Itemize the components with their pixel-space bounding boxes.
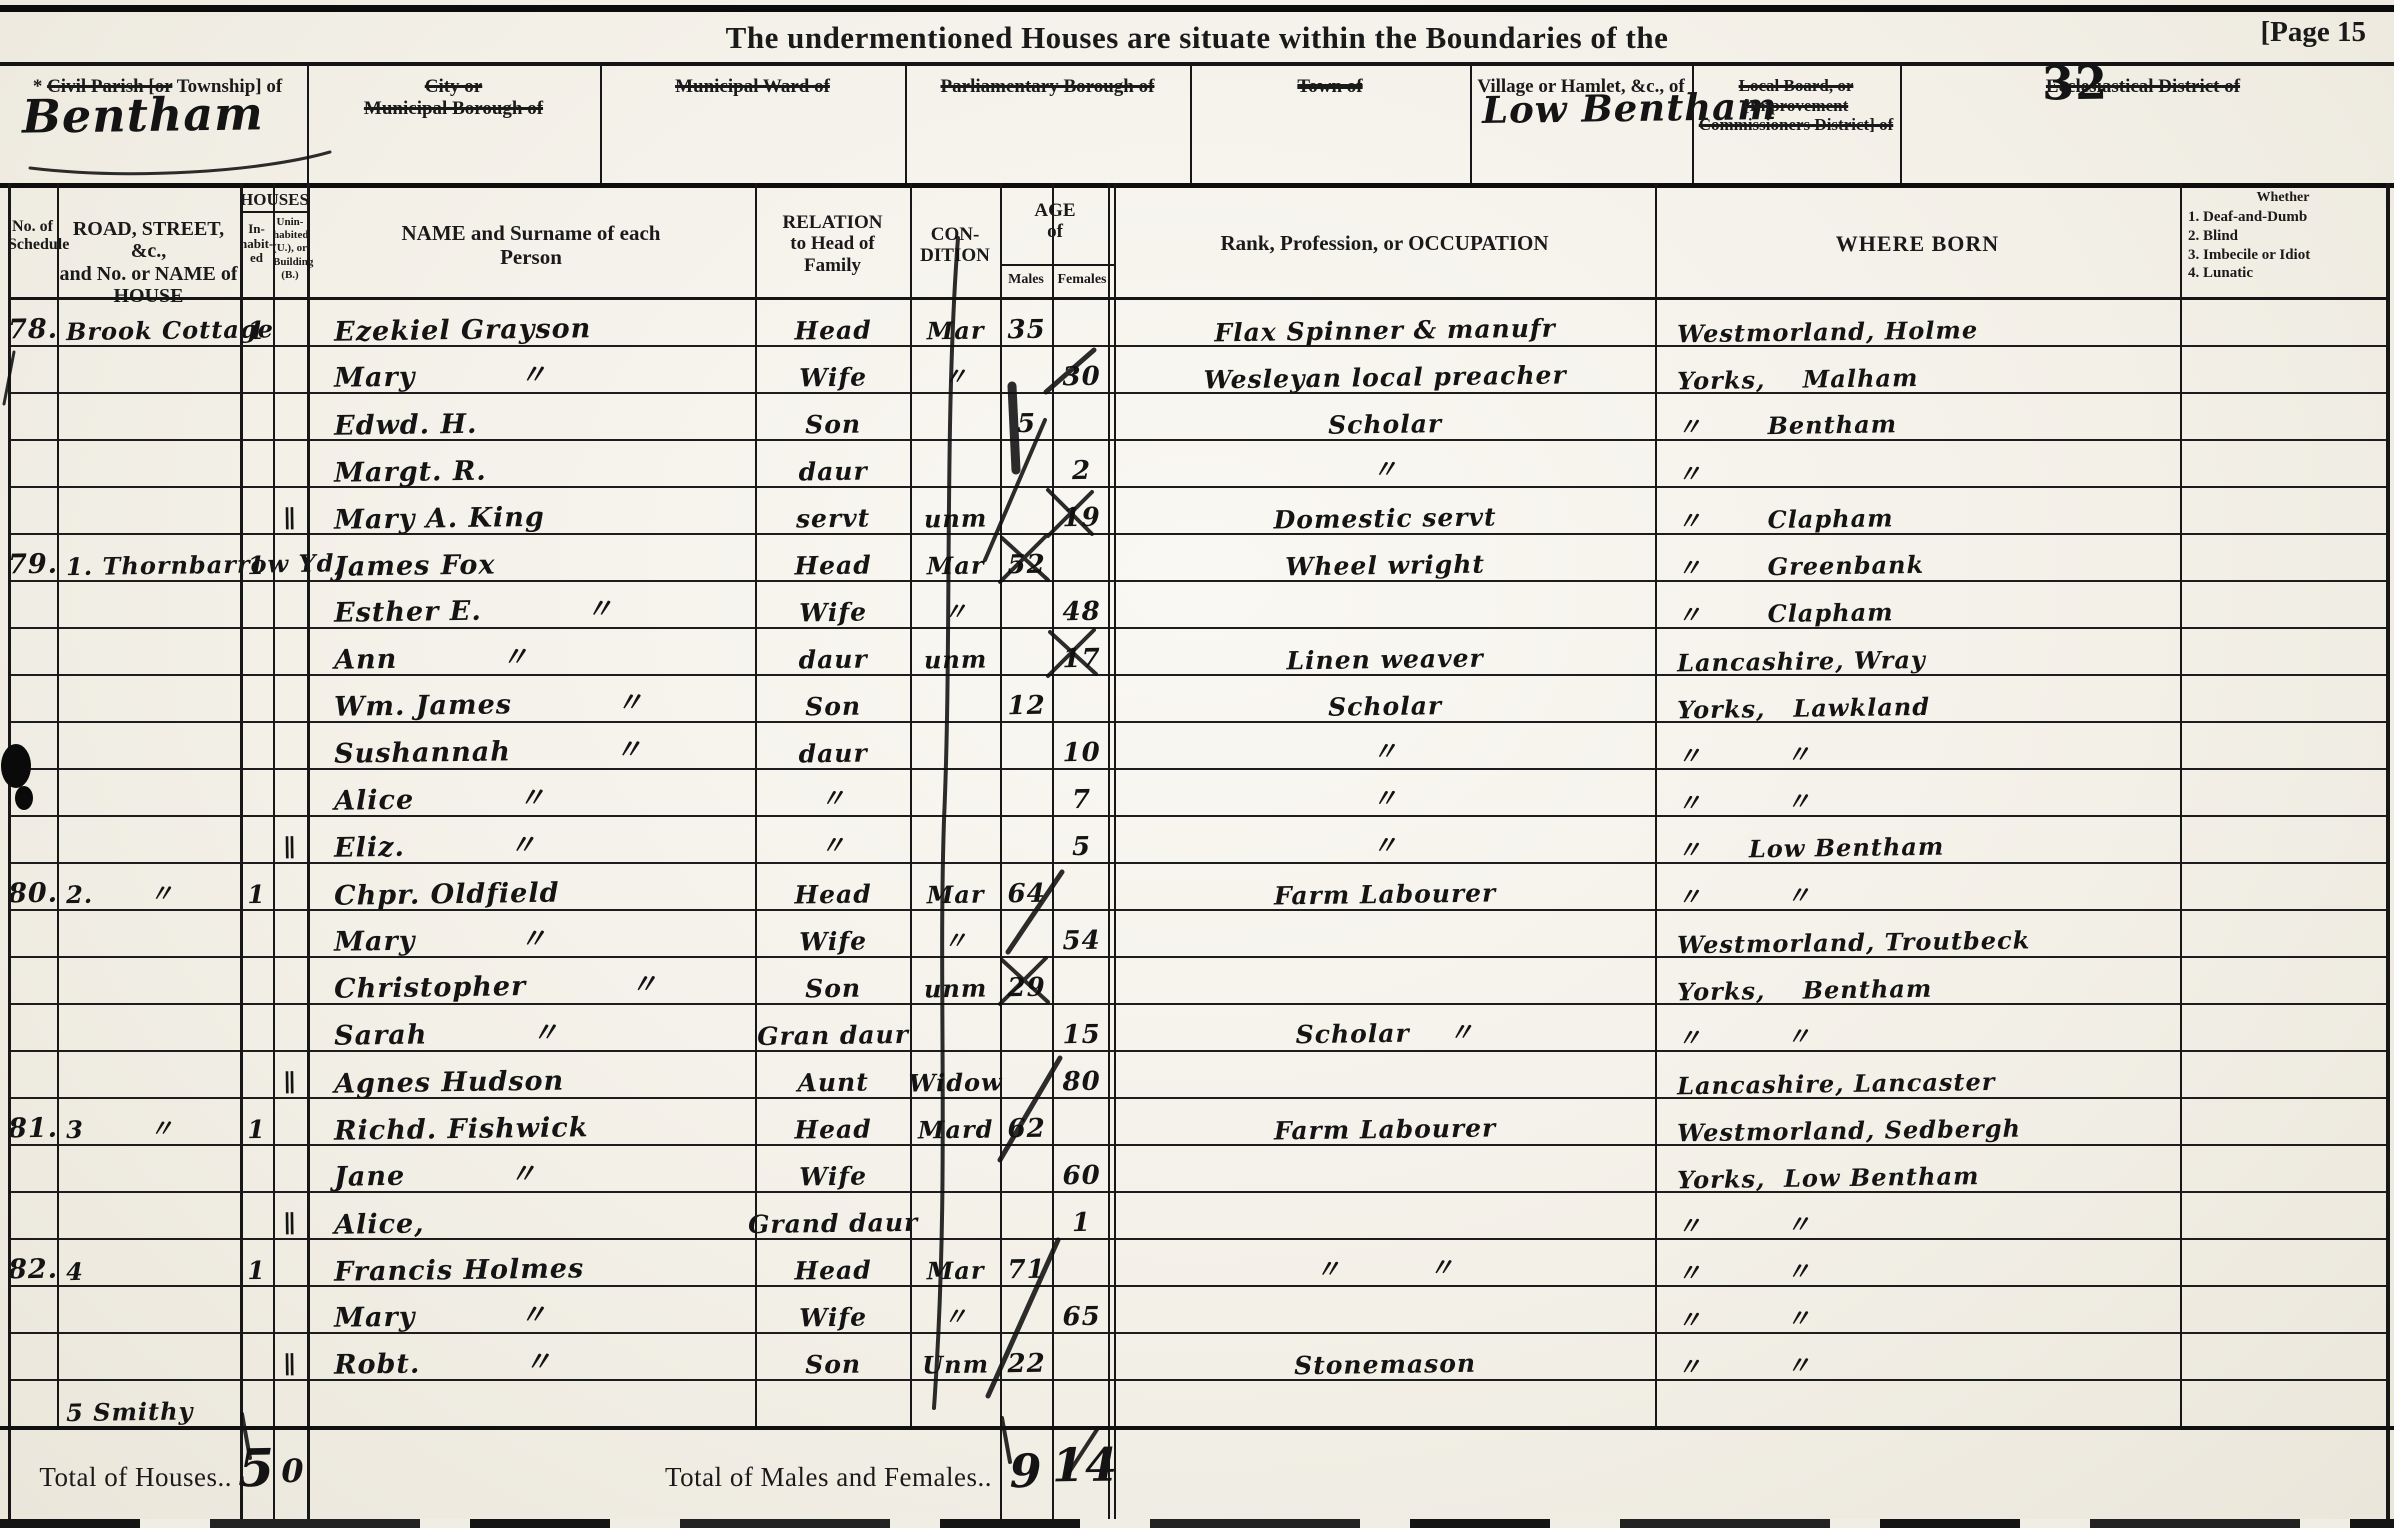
road-cell: 5 Smithy (58, 1380, 241, 1428)
uninhabited-cell (273, 723, 308, 768)
occupation-cell (1115, 1142, 1656, 1195)
col-inhab-l3: ed (250, 250, 263, 265)
where-born-cell: 〃 (1655, 437, 2181, 489)
condition-cell (911, 440, 1001, 486)
condition-cell (911, 1004, 1001, 1050)
occupation-cell: Scholar 〃 (1115, 1001, 1656, 1054)
age-female-cell: 48 (1053, 582, 1111, 628)
name-cell: Mary 〃 (308, 344, 756, 395)
age-female-cell (1053, 300, 1111, 346)
age-male-cell (1001, 1005, 1053, 1051)
where-born-cell (1655, 1377, 2181, 1429)
where-born-cell: 〃 〃 (1655, 1236, 2181, 1288)
col-males: Males (1000, 272, 1052, 288)
age-female-cell: 10 (1053, 723, 1111, 769)
page-title: The undermentioned Houses are situate wi… (0, 20, 2394, 56)
relation-cell: Wife (756, 910, 911, 957)
column-rule (273, 183, 275, 1524)
infirmity-cell (2180, 581, 2381, 629)
census-row: ∥ Mary A. King servt unm 19 Domestic ser… (8, 488, 2386, 535)
road-cell (58, 722, 241, 770)
age-female-cell: 1 (1053, 1193, 1111, 1239)
condition-cell: 〃 (911, 346, 1001, 392)
relation-cell: Wife (756, 581, 911, 628)
infirmity-cell (2180, 1145, 2381, 1193)
inhabited-cell (240, 911, 274, 956)
where-born-cell: 〃 〃 (1655, 1001, 2181, 1053)
name-cell: James Fox (308, 532, 756, 583)
census-row: Sushannah 〃 daur 10 〃 〃 〃 (8, 723, 2386, 770)
col-inhab-l1: In- (248, 221, 265, 236)
name-cell: Jane 〃 (308, 1143, 756, 1194)
occupation-cell (1115, 954, 1656, 1007)
relation-cell: Wife (756, 1286, 911, 1333)
parliamentary-borough-label: Parliamentary Borough of (941, 76, 1155, 97)
col-where-born: WHERE BORN (1655, 232, 2180, 257)
age-female-cell (1053, 676, 1111, 722)
age-male-cell (1001, 723, 1053, 769)
condition-cell (911, 1380, 1001, 1426)
census-row: Sarah 〃 Gran daur 15 Scholar 〃 〃 〃 (8, 1005, 2386, 1052)
road-cell (58, 487, 241, 535)
schedule-number-cell (10, 676, 57, 722)
age-male-cell (1001, 1381, 1053, 1427)
road-cell (58, 675, 241, 723)
relation-cell (756, 1380, 911, 1427)
where-born-cell: 〃 Bentham (1655, 390, 2181, 442)
name-cell: Mary 〃 (308, 908, 756, 959)
uninhabited-cell (273, 394, 308, 439)
road-cell (58, 1286, 241, 1334)
infirmity-cell (2180, 346, 2381, 394)
uninhabited-cell (273, 770, 308, 815)
relation-cell: Gran daur (756, 1004, 911, 1051)
column-rule (1114, 183, 1116, 1524)
age-male-cell: 12 (1001, 676, 1053, 722)
age-male-cell: 35 (1001, 300, 1053, 346)
where-born-cell: 〃 〃 (1655, 1330, 2181, 1382)
schedule-number-cell (10, 723, 57, 769)
where-born-cell: Lancashire, Wray (1655, 625, 2181, 677)
inhabited-cell (240, 394, 274, 439)
name-cell: Eliz. 〃 (308, 814, 756, 865)
table-top-rule (0, 183, 2394, 188)
name-cell: Wm. James 〃 (308, 673, 756, 724)
column-rule (1000, 183, 1002, 1524)
inhabited-cell (240, 676, 274, 721)
occupation-cell: Stonemason (1115, 1330, 1656, 1383)
schedule-number-cell (10, 582, 57, 628)
uninhabited-cell: ∥ (273, 1052, 308, 1097)
name-cell: Francis Holmes (308, 1237, 756, 1288)
occupation-cell (1115, 1377, 1656, 1430)
condition-cell (911, 1145, 1001, 1191)
col-infirm-2: 2. Blind (2188, 228, 2238, 244)
column-rule (1108, 183, 1110, 1524)
inhabited-cell (240, 1287, 274, 1332)
infirmity-cell (2180, 1286, 2381, 1334)
age-female-cell: 7 (1053, 770, 1111, 816)
occupation-cell: Wesleyan local preacher (1115, 343, 1656, 396)
census-row: ∥ Eliz. 〃 〃 5 〃 〃 Low Bentham (8, 817, 2386, 864)
grid-bottom-rule (0, 1426, 2394, 1430)
column-rule (910, 183, 912, 1428)
col-uninhabited: Unin- habited (U.), or Building (B.) (273, 216, 307, 282)
uninhabited-cell (273, 1381, 308, 1426)
condition-cell (911, 675, 1001, 721)
census-row: Mary 〃 Wife 〃 30 Wesleyan local preacher… (8, 347, 2386, 394)
census-row: 81. 3 〃 1 Richd. Fishwick Head Mard 62 F… (8, 1099, 2386, 1146)
col-uninhab-l3: (U.), or (273, 242, 307, 254)
occupation-cell: Scholar (1115, 390, 1656, 443)
where-born-cell: 〃 〃 (1655, 860, 2181, 912)
inhabited-cell: 1 (240, 864, 274, 909)
col-age-l1: AGE (1034, 200, 1075, 221)
age-female-cell (1053, 1099, 1111, 1145)
relation-cell: Son (756, 957, 911, 1004)
col-occupation: Rank, Profession, or OCCUPATION (1114, 232, 1655, 256)
scan-bottom-edge (0, 1519, 2394, 1528)
col-road-l1: ROAD, STREET, &c., (73, 218, 224, 262)
infirmity-cell (2180, 863, 2381, 911)
table-body: 78. Brook Cottage 1 Ezekiel Grayson Head… (8, 300, 2386, 1428)
age-male-cell: 62 (1001, 1099, 1053, 1145)
age-male-cell (1001, 1052, 1053, 1098)
column-rule (2180, 183, 2182, 1428)
infirmity-cell (2180, 534, 2381, 582)
col-condition-l1: CON- (931, 224, 980, 245)
relation-cell: daur (756, 628, 911, 675)
schedule-number-cell (10, 1052, 57, 1098)
uninhabited-cell: ∥ (273, 817, 308, 862)
schedule-number-cell: 82. (10, 1240, 57, 1286)
occupation-cell (1115, 907, 1656, 960)
where-born-cell: 〃 Clapham (1655, 578, 2181, 630)
census-row: Christopher 〃 Son unm 29 Yorks, Bentham (8, 958, 2386, 1005)
age-female-cell: 17 (1053, 629, 1111, 675)
infirmity-cell (2180, 299, 2381, 347)
uninhabited-cell (273, 347, 308, 392)
uninhabited-cell: ∥ (273, 1334, 308, 1379)
uninhabited-cell (273, 535, 308, 580)
inhabited-cell (240, 1334, 274, 1379)
where-born-cell: 〃 〃 (1655, 719, 2181, 771)
top-border-rule (0, 5, 2394, 12)
name-cell: Mary A. King (308, 485, 756, 536)
relation-cell: 〃 (756, 816, 911, 863)
age-female-cell: 65 (1053, 1287, 1111, 1333)
table-right-border (2386, 183, 2390, 1524)
col-age: AGE of (1000, 200, 1110, 243)
census-row: 82. 4 1 Francis Holmes Head Mar 71 〃 〃 〃… (8, 1240, 2386, 1287)
occupation-cell: Scholar (1115, 672, 1656, 725)
uninhabited-cell (273, 911, 308, 956)
inhabited-cell: 1 (240, 300, 274, 345)
inhabited-cell (240, 582, 274, 627)
age-female-cell: 5 (1053, 817, 1111, 863)
inhabited-cell (240, 1193, 274, 1238)
schedule-number-cell (10, 1381, 57, 1427)
column-rule (1655, 183, 1657, 1428)
where-born-cell: Yorks, Low Bentham (1655, 1142, 2181, 1194)
name-cell: Chpr. Oldfield (308, 861, 756, 912)
inhabited-cell (240, 770, 274, 815)
schedule-number-cell: 81. (10, 1099, 57, 1145)
uninhabited-cell (273, 958, 308, 1003)
inhabited-cell (240, 488, 274, 533)
condition-cell: Unm (911, 1333, 1001, 1379)
census-row: Jane 〃 Wife 60 Yorks, Low Bentham (8, 1146, 2386, 1193)
inhabited-cell (240, 441, 274, 486)
name-cell: Alice, (308, 1190, 756, 1241)
header-divider (1470, 66, 1472, 183)
where-born-cell: 〃 Greenbank (1655, 531, 2181, 583)
age-female-cell (1053, 958, 1111, 1004)
condition-cell (911, 393, 1001, 439)
road-cell (58, 628, 241, 676)
infirmity-cell (2180, 628, 2381, 676)
age-female-cell: 2 (1053, 441, 1111, 487)
local-board-label-1: Local Board, or [Improvement (1739, 76, 1854, 115)
column-rule (307, 183, 310, 1524)
occupation-cell (1115, 1189, 1656, 1242)
age-male-cell (1001, 1287, 1053, 1333)
census-row: Mary 〃 Wife 〃 54 Westmorland, Troutbeck (8, 911, 2386, 958)
relation-cell: Grand daur (756, 1192, 911, 1239)
age-male-cell: 5 (1001, 394, 1053, 440)
schedule-number-cell: 80. (10, 864, 57, 910)
inhabited-cell (240, 629, 274, 674)
road-cell (58, 440, 241, 488)
col-schedule: No. of Schedule (8, 218, 57, 254)
age-male-cell: 71 (1001, 1240, 1053, 1286)
occupation-cell: Domestic servt (1115, 484, 1656, 537)
infirmity-cell (2180, 769, 2381, 817)
header-divider (307, 66, 309, 183)
relation-cell: Son (756, 1333, 911, 1380)
relation-cell: Head (756, 863, 911, 910)
condition-cell: unm (911, 487, 1001, 533)
col-relation-l2: to Head of (790, 233, 874, 254)
schedule-number-cell (10, 817, 57, 863)
uninhabited-cell (273, 441, 308, 486)
uninhabited-cell (273, 1240, 308, 1285)
age-male-cell (1001, 441, 1053, 487)
name-cell: Esther E. 〃 (308, 579, 756, 630)
age-female-cell: 15 (1053, 1005, 1111, 1051)
col-inhabited: In- habit- ed (240, 222, 273, 266)
col-relation-l1: RELATION (783, 212, 883, 233)
condition-cell: Mar (911, 534, 1001, 580)
schedule-number-cell (10, 1146, 57, 1192)
uninhabited-cell (273, 1099, 308, 1144)
infirmity-cell (2180, 816, 2381, 864)
infirmity-cell (2180, 910, 2381, 958)
where-born-cell: Lancashire, Lancaster (1655, 1048, 2181, 1100)
col-name-l2: Person (500, 245, 562, 269)
census-row: Ann 〃 daur unm 17 Linen weaver Lancashir… (8, 629, 2386, 676)
header-divider (905, 66, 907, 183)
col-road: ROAD, STREET, &c., and No. or NAME of HO… (57, 218, 240, 308)
age-male-cell: 22 (1001, 1334, 1053, 1380)
where-born-cell: Westmorland, Holme (1655, 296, 2181, 348)
where-born-cell: Yorks, Malham (1655, 343, 2181, 395)
occupation-cell: Farm Labourer (1115, 1095, 1656, 1148)
road-cell: 3 〃 (58, 1098, 241, 1146)
infirmity-cell (2180, 440, 2381, 488)
age-male-cell (1001, 1146, 1053, 1192)
infirmity-cell (2180, 1004, 2381, 1052)
schedule-number-cell (10, 911, 57, 957)
infirmity-cell (2180, 393, 2381, 441)
road-cell (58, 769, 241, 817)
uninhabited-cell (273, 864, 308, 909)
condition-cell: Mar (911, 299, 1001, 345)
ecclesiastical-value: 32 (2042, 56, 2109, 111)
schedule-number-cell: 79. (10, 535, 57, 581)
occupation-cell: 〃 (1115, 437, 1656, 490)
age-male-cell (1001, 488, 1053, 534)
age-male-cell (1001, 770, 1053, 816)
census-row: 80. 2. 〃 1 Chpr. Oldfield Head Mar 64 Fa… (8, 864, 2386, 911)
age-male-cell (1001, 817, 1053, 863)
page-number: [Page 15 (2261, 16, 2367, 49)
census-row: Margt. R. daur 2 〃 〃 (8, 441, 2386, 488)
census-row: 79. 1. Thornbarrow Yd, 1 James Fox Head … (8, 535, 2386, 582)
civil-parish-value: Bentham (22, 86, 264, 143)
inhabited-cell (240, 723, 274, 768)
total-males: 9 (1000, 1444, 1053, 1499)
census-page: The undermentioned Houses are situate wi… (0, 0, 2394, 1528)
col-infirm-3: 3. Imbecile or Idiot (2188, 247, 2310, 263)
city-borough-label-1: City or (425, 76, 483, 97)
age-male-cell: 64 (1001, 864, 1053, 910)
condition-cell: Mar (911, 863, 1001, 909)
relation-cell: Head (756, 299, 911, 346)
road-cell (58, 393, 241, 441)
road-cell: Brook Cottage (58, 299, 241, 347)
road-cell (58, 1333, 241, 1381)
condition-cell: Mar (911, 1239, 1001, 1285)
occupation-cell: Farm Labourer (1115, 860, 1656, 913)
occupation-cell: 〃 (1115, 719, 1656, 772)
total-houses-label: Total of Houses.. (8, 1462, 232, 1493)
col-infirm-1: 1. Deaf-and-Dumb (2188, 209, 2307, 225)
age-male-cell (1001, 1193, 1053, 1239)
relation-cell: Head (756, 1098, 911, 1145)
census-row: Alice 〃 〃 7 〃 〃 〃 (8, 770, 2386, 817)
where-born-cell: 〃 Low Bentham (1655, 813, 2181, 865)
relation-cell: servt (756, 487, 911, 534)
city-borough-box: City or Municipal Borough of (307, 66, 600, 183)
col-relation: RELATION to Head of Family (755, 212, 910, 276)
header-divider (1692, 66, 1694, 183)
age-female-cell: 30 (1053, 347, 1111, 393)
condition-cell: Mard (911, 1098, 1001, 1144)
col-inhab-l2: habit- (240, 236, 273, 251)
name-cell: Agnes Hudson (308, 1049, 756, 1100)
where-born-cell: 〃 〃 (1655, 766, 2181, 818)
age-female-cell: 54 (1053, 911, 1111, 957)
header-divider (600, 66, 602, 183)
census-row: 5 Smithy (8, 1381, 2386, 1428)
inhabited-cell (240, 1146, 274, 1191)
condition-cell: 〃 (911, 910, 1001, 956)
inhabited-cell: 1 (240, 1099, 274, 1144)
relation-cell: daur (756, 440, 911, 487)
road-cell (58, 1051, 241, 1099)
uninhabited-cell: ∥ (273, 1193, 308, 1238)
census-row: 78. Brook Cottage 1 Ezekiel Grayson Head… (8, 300, 2386, 347)
name-cell: Mary 〃 (308, 1284, 756, 1335)
schedule-number-cell (10, 347, 57, 393)
header-divider (1190, 66, 1192, 183)
where-born-cell: Yorks, Lawkland (1655, 672, 2181, 724)
census-row: Edwd. H. Son 5 Scholar 〃 Bentham (8, 394, 2386, 441)
census-row: Esther E. 〃 Wife 〃 48 〃 Clapham (8, 582, 2386, 629)
road-cell: 4 (58, 1239, 241, 1287)
occupation-cell: Linen weaver (1115, 625, 1656, 678)
census-row: ∥ Agnes Hudson Aunt Widow 80 Lancashire,… (8, 1052, 2386, 1099)
name-cell: Ann 〃 (308, 626, 756, 677)
age-female-cell (1053, 394, 1111, 440)
schedule-number-cell (10, 629, 57, 675)
road-cell: 2. 〃 (58, 863, 241, 911)
age-male-cell (1001, 347, 1053, 393)
parliamentary-borough-box: Parliamentary Borough of (905, 66, 1190, 183)
relation-cell: 〃 (756, 769, 911, 816)
schedule-number-cell (10, 488, 57, 534)
age-male-cell: 52 (1001, 535, 1053, 581)
inhabited-cell (240, 958, 274, 1003)
relation-cell: Head (756, 534, 911, 581)
uninhabited-cell (273, 1005, 308, 1050)
uninhabited-cell (273, 300, 308, 345)
inhabited-cell (240, 1381, 274, 1426)
occupation-cell: Flax Spinner & manufr (1115, 296, 1656, 349)
col-whether-title: Whether (2180, 190, 2386, 206)
ecclesiastical-box: Ecclesiastical District of (1900, 66, 2386, 183)
road-cell (58, 346, 241, 394)
col-condition: CON- DITION (910, 224, 1000, 267)
occupation-cell: 〃 (1115, 813, 1656, 866)
schedule-number-cell (10, 1005, 57, 1051)
infirmity-cell (2180, 487, 2381, 535)
where-born-cell: Westmorland, Sedbergh (1655, 1095, 2181, 1147)
census-row: Wm. James 〃 Son 12 Scholar Yorks, Lawkla… (8, 676, 2386, 723)
schedule-number-cell (10, 1193, 57, 1239)
occupation-cell (1115, 1283, 1656, 1336)
col-name-l1: NAME and Surname of each (401, 221, 660, 245)
relation-cell: Head (756, 1239, 911, 1286)
occupation-cell: Wheel wright (1115, 531, 1656, 584)
col-condition-l2: DITION (920, 245, 990, 266)
city-borough-label-2: Municipal Borough of (364, 98, 543, 119)
road-cell (58, 1145, 241, 1193)
schedule-number-cell (10, 1287, 57, 1333)
age-male-cell (1001, 911, 1053, 957)
table-left-border (8, 183, 11, 1524)
where-born-cell: Yorks, Bentham (1655, 954, 2181, 1006)
schedule-number-cell (10, 394, 57, 440)
relation-cell: Wife (756, 1145, 911, 1192)
col-relation-l3: Family (804, 255, 861, 276)
road-cell: 1. Thornbarrow Yd, (58, 534, 241, 582)
col-uninhab-l1: Unin- (277, 216, 304, 228)
condition-cell: 〃 (911, 1286, 1001, 1332)
name-cell: Robt. 〃 (308, 1331, 756, 1382)
infirmity-cell (2180, 1051, 2381, 1099)
